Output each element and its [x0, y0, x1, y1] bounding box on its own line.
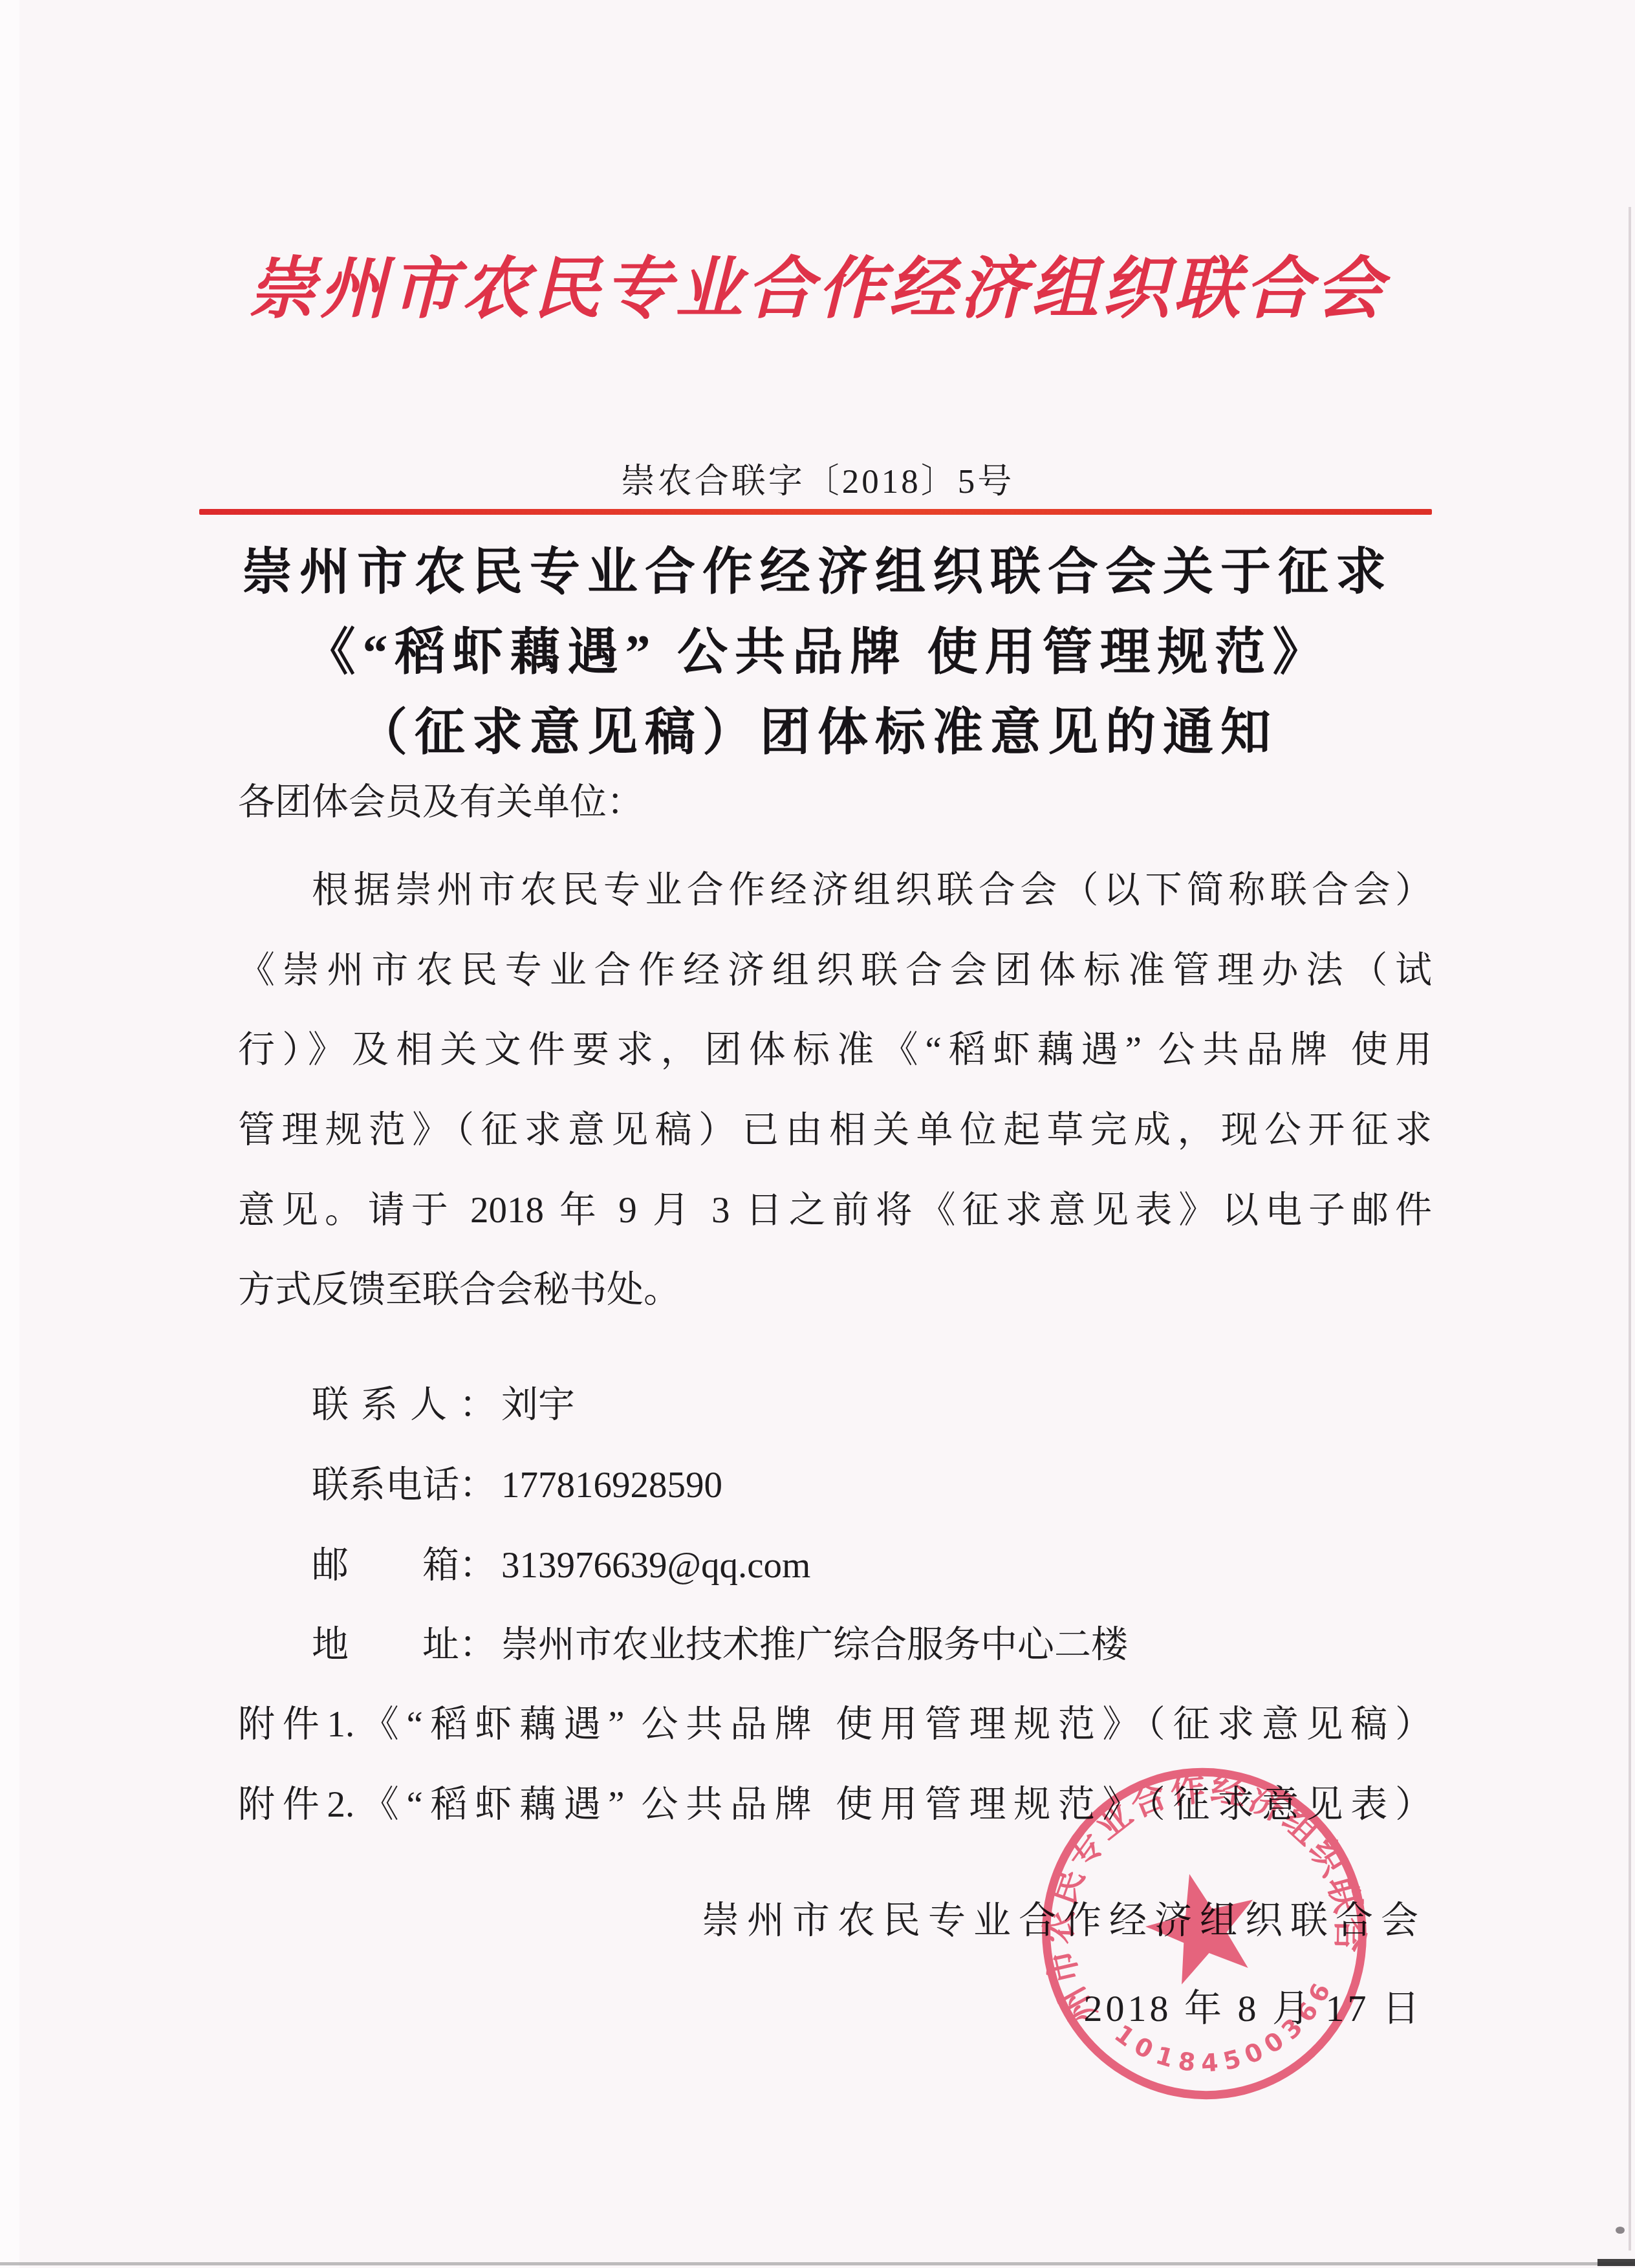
notice-title-line-1: 崇州市农民专业合作经济组织联合会关于征求 [0, 532, 1635, 604]
scan-bottom-edge-line [0, 2262, 1635, 2265]
contact-email-row: 邮 箱：313976639@qq.com [312, 1543, 810, 1588]
document-page: 崇州市农民专业合作经济组织联合会 崇农合联字〔2018〕5号 崇州市农民专业合作… [0, 0, 1635, 2268]
doc-number: 崇农合联字〔2018〕5号 [0, 454, 1635, 503]
contact-person-row: 联 系 人 ：刘宇 [312, 1383, 575, 1428]
scan-right-streak [1629, 207, 1631, 2251]
contact-phone-row: 联系电话：177816928590 [312, 1463, 722, 1508]
contact-email-label: 邮 箱： [312, 1545, 496, 1586]
official-seal: 崇州市农民专业合作经济组织联合会 5101845003665 [963, 1697, 1446, 2170]
org-letterhead: 崇州市农民专业合作经济组织联合会 [0, 234, 1635, 331]
body-paragraph-line: 根据崇州市农民专业合作经济组织联合会（以下简称联合会） [238, 868, 1432, 913]
contact-phone-value: 177816928590 [501, 1465, 722, 1506]
body-paragraph-line: 意见。请于 2018 年 9 月 3 日之前将《征求意见表》以电子邮件 [238, 1188, 1432, 1233]
scan-bottom-corner-mark [1597, 2259, 1635, 2266]
body-paragraph-line: 行）》及相关文件要求，团体标准《“稻虾藕遇” 公共品牌 使用 [238, 1028, 1432, 1073]
contact-address-row: 地 址：崇州市农业技术推广综合服务中心二楼 [312, 1623, 1128, 1668]
red-divider-line [199, 509, 1432, 515]
seal-serial-number: 5101845003665 [963, 1697, 1354, 2124]
scan-left-edge-band [0, 0, 19, 2268]
contact-email-value: 313976639@qq.com [501, 1545, 810, 1586]
contact-address-value: 崇州市农业技术推广综合服务中心二楼 [501, 1625, 1128, 1665]
salutation: 各团体会员及有关单位： [238, 780, 644, 825]
contact-person-value: 刘宇 [501, 1385, 575, 1425]
scan-speck [1616, 2227, 1625, 2234]
body-paragraph-line: 《崇州市农民专业合作经济组织联合会团体标准管理办法（试 [238, 948, 1432, 993]
notice-title-line-3: （征求意见稿）团体标准意见的通知 [0, 692, 1635, 764]
body-paragraph-line: 方式反馈至联合会秘书处。 [238, 1268, 1432, 1313]
svg-text:5101845003665: 5101845003665 [963, 1697, 1354, 2124]
notice-title-line-2: 《“稻虾藕遇” 公共品牌 使用管理规范》 [0, 612, 1635, 684]
contact-address-label: 地 址： [312, 1625, 496, 1665]
seal-star-icon [1136, 1861, 1268, 1989]
contact-person-label: 联 系 人 ： [312, 1385, 496, 1425]
body-paragraph-line: 管理规范》（征求意见稿）已由相关单位起草完成，现公开征求 [238, 1108, 1432, 1153]
contact-phone-label: 联系电话： [312, 1465, 496, 1506]
